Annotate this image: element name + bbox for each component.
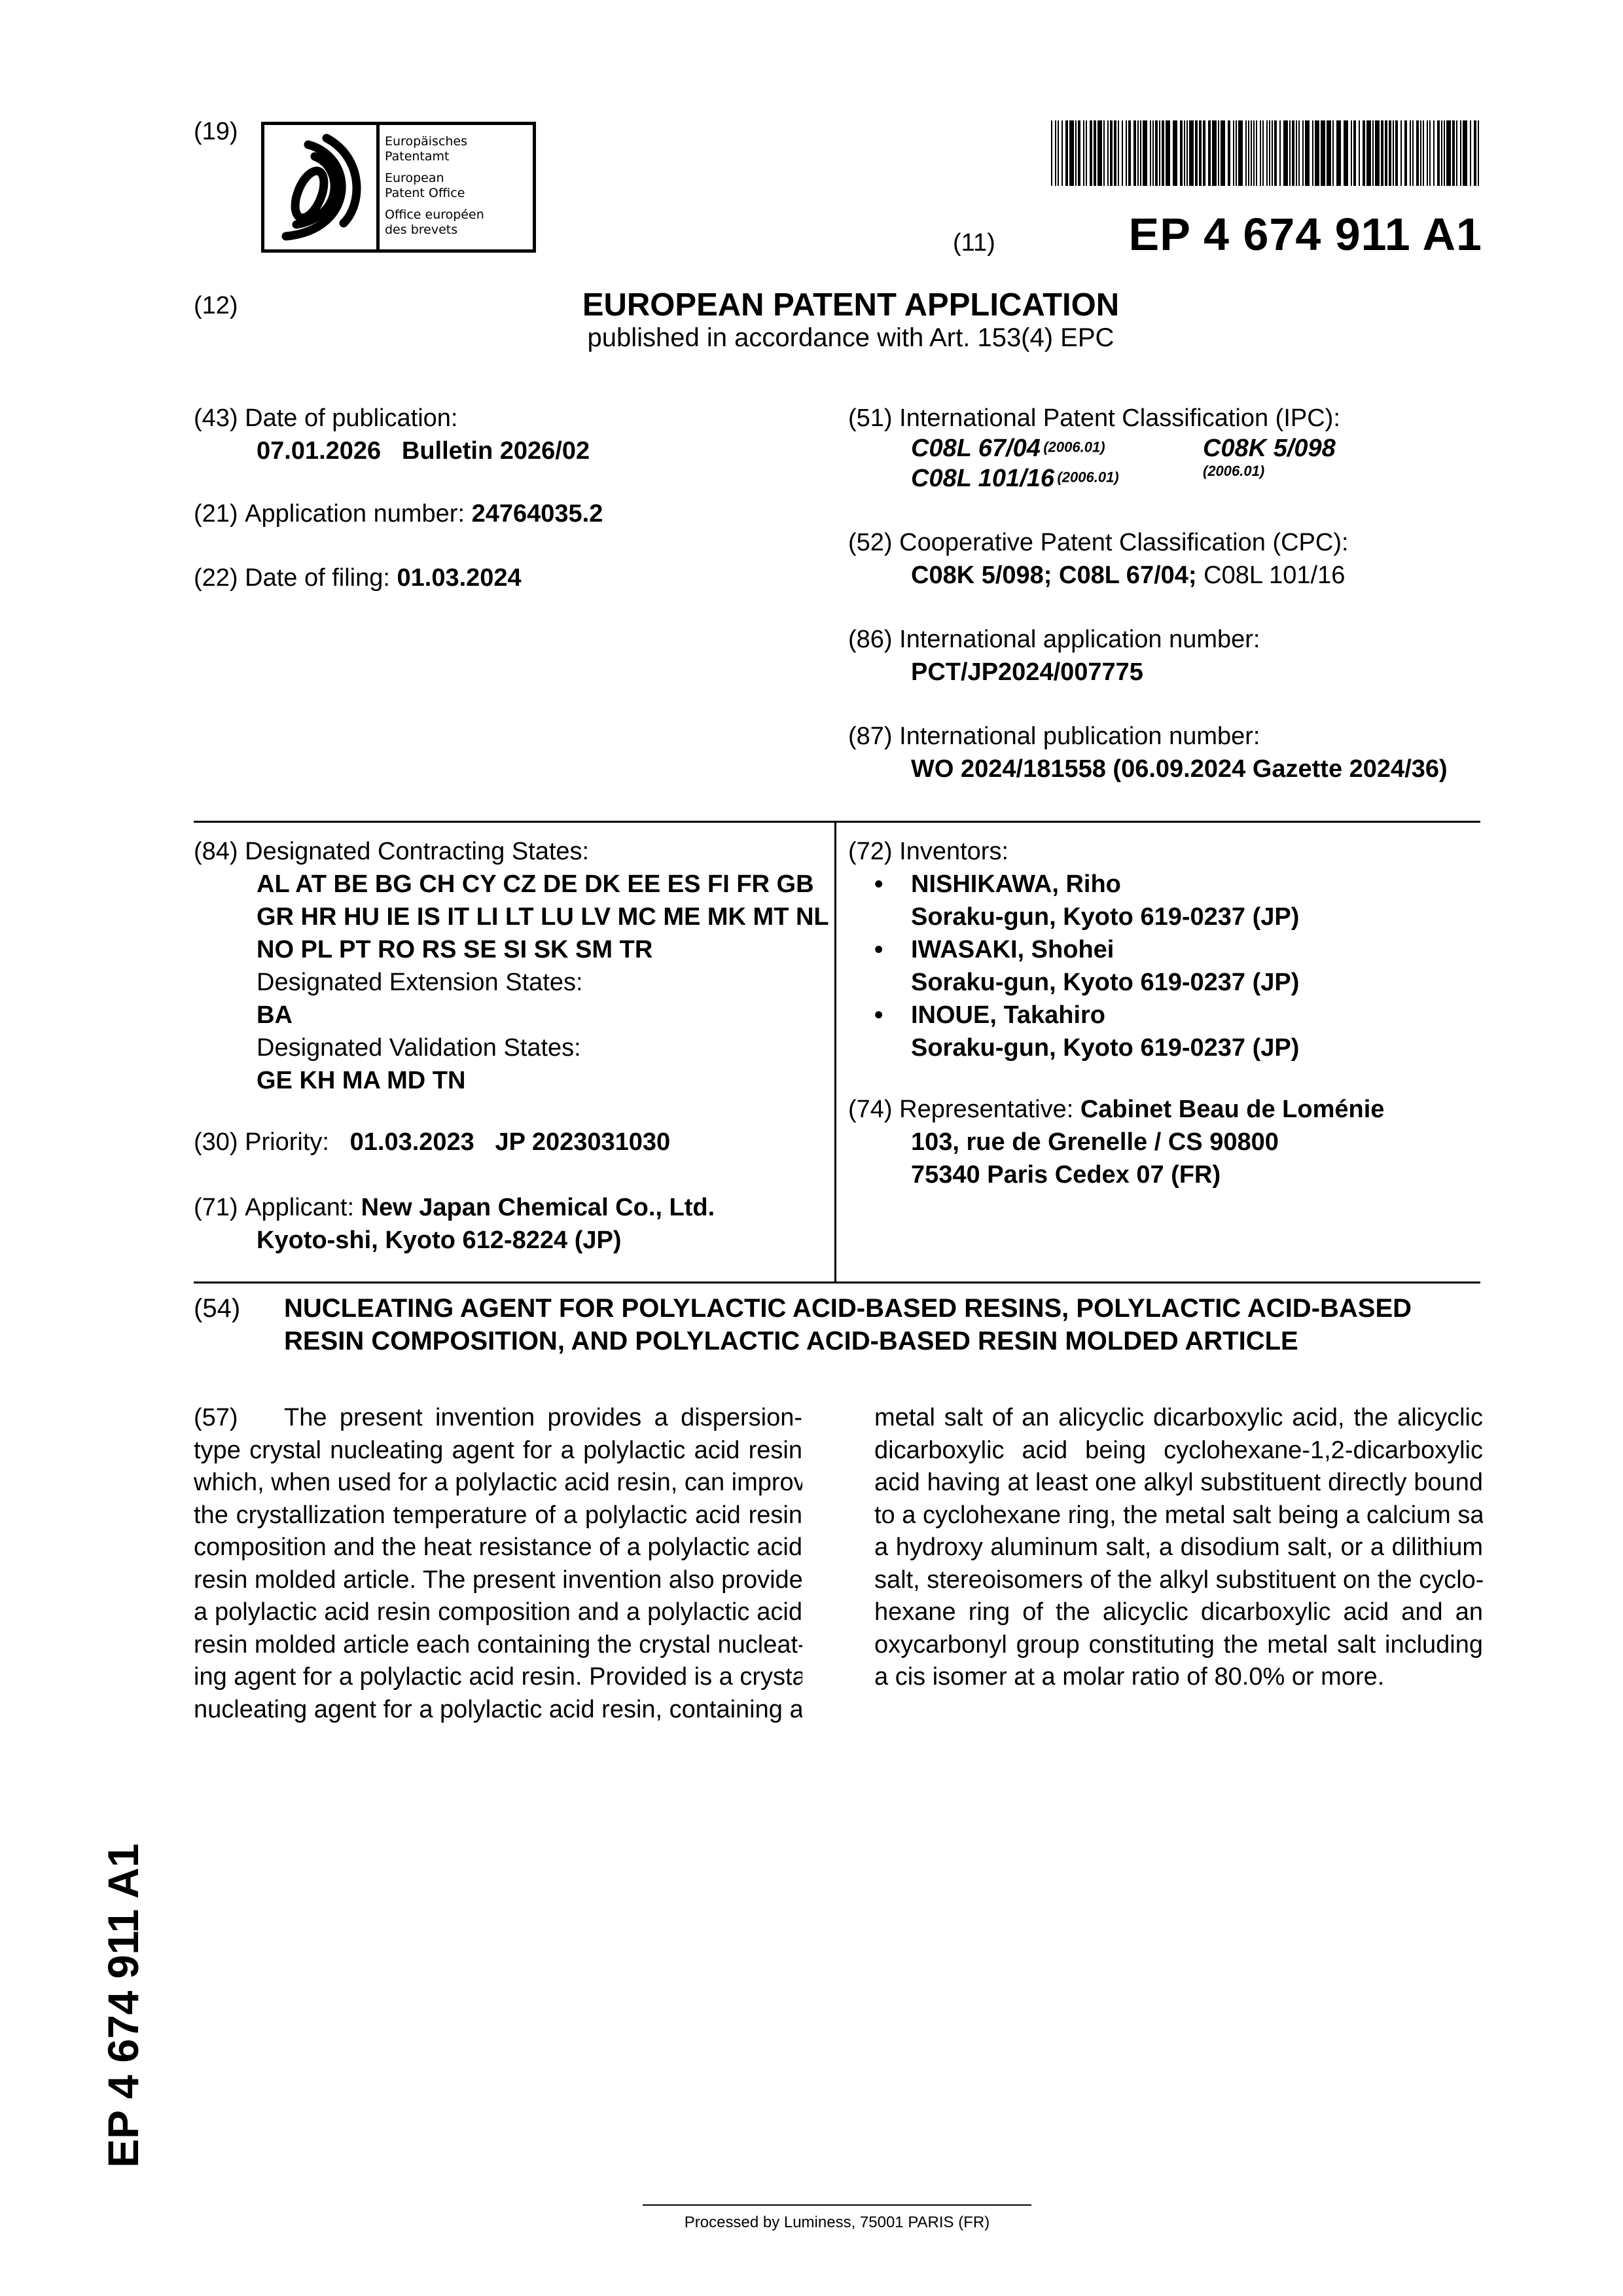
inid-74: (74) [848,1096,893,1123]
validation-states: GE KH MA MD TN [194,1064,829,1097]
inid-43: (43) [194,404,238,432]
inventor-name: INOUE, Takahiro [911,999,1299,1031]
publication-date: 07.01.2026 [257,437,381,465]
abstract-line: metal salt of an alicyclic dicarboxylic … [874,1402,1483,1435]
field-86: (86) International application number: P… [848,623,1260,689]
publication-number: EP 4 674 911 A1 [1129,208,1482,260]
field-30: (30) Priority: 01.03.2023 JP 2023031030 [194,1126,670,1158]
inid-22: (22) [194,564,238,592]
abstract-line: resin molded article. The present invent… [194,1564,802,1597]
abstract-line: to a cyclohexane ring, the metal salt be… [874,1499,1483,1532]
field-71: (71) Applicant: New Japan Chemical Co., … [194,1191,715,1257]
section-divider [194,1282,1480,1283]
publication-date-label: Date of publication: [245,404,457,432]
abstract-line: salt, stereoisomers of the alkyl substit… [874,1564,1483,1597]
international-application-number: PCT/JP2024/007775 [848,656,1260,689]
footer-processor: Processed by Luminess, 75001 PARIS (FR) [643,2214,1031,2232]
column-divider [834,821,836,1283]
applicant-name: New Japan Chemical Co., Ltd. [361,1194,715,1221]
ipc-code: C08L 101/16 (2006.01) [911,465,1119,493]
inid-71: (71) [194,1194,238,1221]
field-74: (74) Representative: Cabinet Beau de Lom… [848,1093,1384,1191]
inid-87: (87) [848,723,893,750]
abstract-line: (57)The present invention provides a dis… [194,1402,802,1435]
abstract-right-column: metal salt of an alicyclic dicarboxylic … [874,1402,1483,1694]
field-72: (72) Inventors: •NISHIKAWA, RihoSoraku-g… [848,835,1299,1064]
ipc-code: C08L 67/04 (2006.01) [911,435,1105,463]
inid-84: (84) [194,838,238,865]
contracting-states: AL AT BE BG CH CY CZ DE DK EE ES FI FR G… [194,868,829,966]
barcode-icon [1050,120,1482,187]
abstract-line: a cis isomer at a molar ratio of 80.0% o… [874,1661,1483,1694]
abstract-line: resin molded article each containing the… [194,1629,802,1662]
side-publication-number: EP 4 674 911 A1 [98,1844,148,2168]
inid-19: (19) [194,118,238,146]
cpc-codes-main: C08K 5/098; C08L 67/04; [911,562,1197,589]
cpc-codes-additional: C08L 101/16 [1197,562,1346,589]
representative-address: 103, rue de Grenelle / CS 90800 75340 Pa… [848,1126,1384,1191]
representative-name: Cabinet Beau de Loménie [1080,1096,1385,1123]
inid-30: (30) [194,1128,238,1156]
inventor-item: •NISHIKAWA, RihoSoraku-gun, Kyoto 619-02… [848,868,1299,933]
priority-date: 01.03.2023 [350,1128,474,1156]
bullet-icon: • [874,933,883,966]
inid-57: (57) [194,1402,284,1435]
field-21: (21) Application number: 24764035.2 [194,497,603,530]
inid-52: (52) [848,529,893,556]
invention-title: NUCLEATING AGENT FOR POLYLACTIC ACID-BAS… [284,1292,1501,1357]
abstract-line: dicarboxylic acid being cyclohexane-1,2-… [874,1435,1483,1467]
inid-21: (21) [194,500,238,528]
field-87: (87) International publication number: W… [848,720,1448,785]
footer-divider [643,2204,1031,2206]
inid-11: (11) [953,229,995,257]
field-43: (43) Date of publication: 07.01.2026 Bul… [194,402,590,467]
inventor-address: Soraku-gun, Kyoto 619-0237 (JP) [911,1031,1299,1064]
bullet-icon: • [874,999,883,1031]
inid-54: (54) [194,1292,240,1325]
document-type-subtitle: published in accordance with Art. 153(4)… [0,323,1623,353]
international-publication-number: WO 2024/181558 (06.09.2024 Gazette 2024/… [848,753,1448,785]
inventor-address: Soraku-gun, Kyoto 619-0237 (JP) [911,966,1299,999]
inid-86: (86) [848,626,893,653]
field-84: (84) Designated Contracting States: AL A… [194,835,829,1097]
abstract-line: nucleating agent for a polylactic acid r… [194,1694,802,1727]
bullet-icon: • [874,868,883,901]
abstract-line: acid having at least one alkyl substitue… [874,1467,1483,1499]
epo-logo-icon [264,125,380,249]
abstract-left-column: (57)The present invention provides a dis… [194,1402,802,1726]
epo-logo: EuropäischesPatentamt EuropeanPatent Off… [261,122,536,253]
application-number: 24764035.2 [472,500,603,528]
abstract-line: the crystallization temperature of a pol… [194,1499,802,1532]
abstract-line: composition and the heat resistance of a… [194,1532,802,1564]
inventor-item: •INOUE, TakahiroSoraku-gun, Kyoto 619-02… [848,999,1299,1064]
inventor-address: Soraku-gun, Kyoto 619-0237 (JP) [911,901,1299,933]
inventor-name: IWASAKI, Shohei [911,933,1299,966]
section-divider [194,821,1480,823]
field-52: (52) Cooperative Patent Classification (… [848,526,1349,592]
abstract-line: oxycarbonyl group constituting the metal… [874,1629,1483,1662]
abstract-line: ing agent for a polylactic acid resin. P… [194,1661,802,1694]
inid-51: (51) [848,404,893,432]
applicant-address: Kyoto-shi, Kyoto 612-8224 (JP) [194,1224,715,1257]
abstract-line: type crystal nucleating agent for a poly… [194,1435,802,1467]
abstract-line: hexane ring of the alicyclic dicarboxyli… [874,1596,1483,1629]
field-51: (51) International Patent Classification… [848,402,1340,500]
epo-office-names: EuropäischesPatentamt EuropeanPatent Off… [380,125,533,249]
field-54: (54) NUCLEATING AGENT FOR POLYLACTIC ACI… [194,1292,1501,1357]
inid-72: (72) [848,838,893,865]
abstract-line: a polylactic acid resin composition and … [194,1596,802,1629]
inventor-item: •IWASAKI, ShoheiSoraku-gun, Kyoto 619-02… [848,933,1299,999]
filing-date: 01.03.2024 [397,564,522,592]
extension-states: BA [194,999,829,1031]
bulletin: Bulletin 2026/02 [402,437,590,465]
abstract-line: a hydroxy aluminum salt, a disodium salt… [874,1532,1483,1564]
ipc-code: C08K 5/098 (2006.01) [1203,435,1340,483]
priority-number: JP 2023031030 [495,1128,671,1156]
inventor-list: •NISHIKAWA, RihoSoraku-gun, Kyoto 619-02… [848,868,1299,1064]
abstract-line: which, when used for a polylactic acid r… [194,1467,802,1499]
document-type-title: EUROPEAN PATENT APPLICATION [0,287,1623,323]
inventor-name: NISHIKAWA, Riho [911,868,1299,901]
field-22: (22) Date of filing: 01.03.2024 [194,562,522,594]
